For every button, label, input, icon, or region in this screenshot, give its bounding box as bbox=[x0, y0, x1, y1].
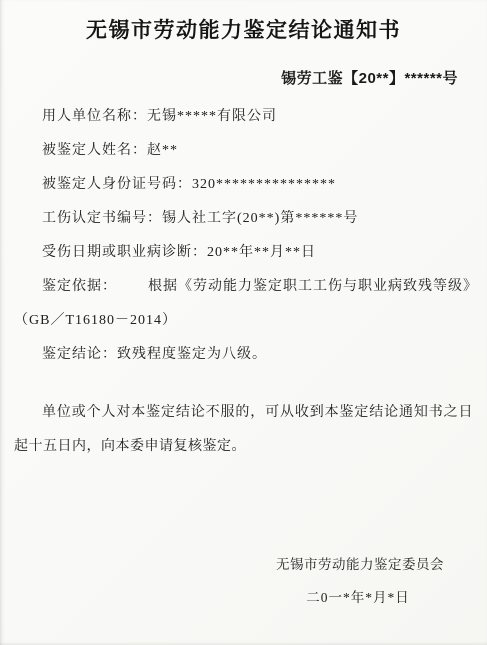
field-value: 320*************** bbox=[192, 177, 336, 192]
field-label: 鉴定结论： bbox=[42, 347, 117, 362]
field-row-id-number: 被鉴定人身份证号码：320*************** bbox=[42, 168, 477, 202]
field-value: 20**年**月**日 bbox=[207, 245, 316, 260]
field-row-employer: 用人单位名称：无锡*****有限公司 bbox=[42, 100, 477, 134]
field-value: 根据《劳动能力鉴定职工工伤与职业病致残等级》 bbox=[148, 279, 478, 294]
doc-number: 锡劳工鉴【20**】******号 bbox=[281, 67, 458, 88]
field-label: 被鉴定人姓名： bbox=[42, 143, 147, 158]
signature-date: 二0一*年*月*日 bbox=[276, 585, 440, 611]
field-value: （GB／T16180－2014） bbox=[14, 313, 177, 328]
field-label: 鉴定依据： bbox=[42, 279, 117, 294]
signature-organization: 无锡市劳动能力鉴定委员会 bbox=[276, 552, 440, 578]
field-row-standard-code: （GB／T16180－2014） bbox=[14, 304, 477, 338]
fields-section: 用人单位名称：无锡*****有限公司 被鉴定人姓名：赵** 被鉴定人身份证号码：… bbox=[42, 100, 477, 372]
field-value: 赵** bbox=[147, 143, 178, 158]
field-row-conclusion: 鉴定结论：致残程度鉴定为八级。 bbox=[42, 338, 477, 372]
field-row-person-name: 被鉴定人姓名：赵** bbox=[42, 134, 477, 168]
field-label: 受伤日期或职业病诊断： bbox=[42, 245, 207, 260]
field-label: 用人单位名称： bbox=[42, 109, 147, 124]
field-row-appraisal-basis: 鉴定依据：根据《劳动能力鉴定职工工伤与职业病致残等级》 bbox=[42, 270, 477, 304]
field-value: 无锡*****有限公司 bbox=[147, 109, 277, 124]
field-label: 工伤认定书编号： bbox=[42, 211, 162, 226]
field-value: 锡人社工字(20**)第******号 bbox=[162, 211, 358, 226]
appeal-notice-paragraph: 单位或个人对本鉴定结论不服的，可从收到本鉴定结论通知书之日起十五日内，向本委申请… bbox=[14, 396, 473, 464]
field-row-injury-cert-number: 工伤认定书编号：锡人社工字(20**)第******号 bbox=[42, 202, 477, 236]
field-value: 致残程度鉴定为八级。 bbox=[117, 347, 267, 362]
field-row-injury-date: 受伤日期或职业病诊断：20**年**月**日 bbox=[42, 236, 477, 270]
document-page: 无锡市劳动能力鉴定结论通知书 锡劳工鉴【20**】******号 用人单位名称：… bbox=[0, 0, 487, 645]
signature-block: 无锡市劳动能力鉴定委员会 二0一*年*月*日 bbox=[276, 552, 440, 611]
page-title: 无锡市劳动能力鉴定结论通知书 bbox=[0, 14, 487, 44]
field-label: 被鉴定人身份证号码： bbox=[42, 177, 192, 192]
